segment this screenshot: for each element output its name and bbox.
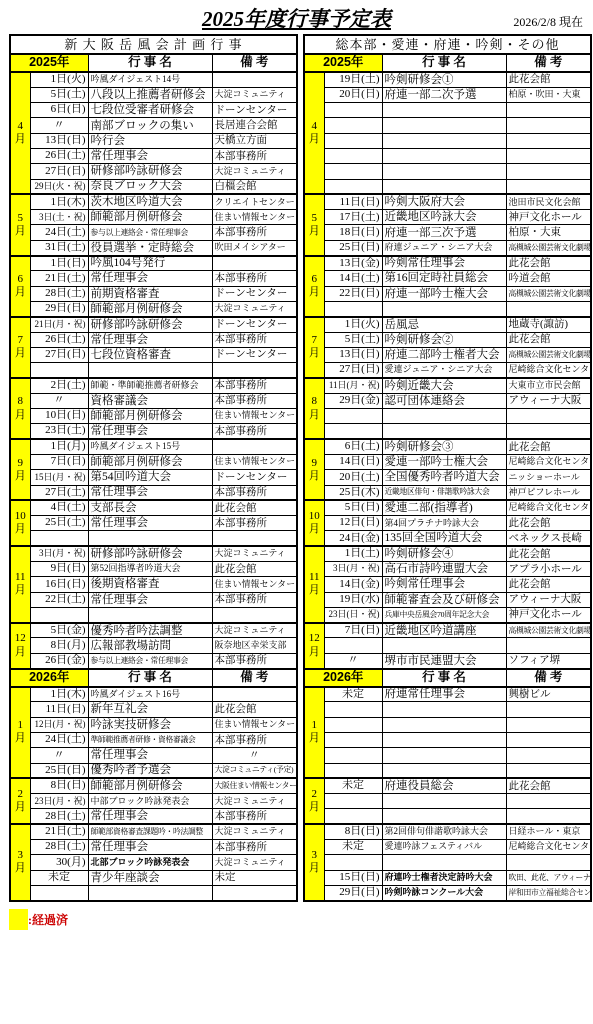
note-cell: 尼崎総合文化センター [506,840,591,855]
table-row: 17日(土)近畿地区吟詠大会神戸文化ホール [304,210,591,225]
column-header-row: 2025年行 事 名備 考 [10,54,297,72]
column-header-row: 2026年行 事 名備 考 [10,669,297,687]
note-cell [506,809,591,824]
event-cell: 広報部教場訪問 [88,638,212,653]
date-cell: 25日(日) [30,763,88,778]
date-cell: 9日(日) [30,562,88,577]
note-cell: アウィーナ大阪 [506,592,591,607]
note-cell: 阪奈地区幸栄支部 [212,638,297,653]
table-row: 15日(月・祝)第54回吟道大会ドーンセンター [10,470,297,485]
column-header-event: 行 事 名 [382,669,506,687]
note-cell: 此花会館 [506,439,591,454]
note-cell [506,794,591,809]
note-cell: 岸和田市立福祉総合センター [506,885,591,900]
date-cell: 19日(水) [324,592,382,607]
table-row [10,531,297,546]
event-cell: 研修部吟詠研修会 [88,317,212,332]
note-cell: 高槻城公園芸術文化劇場 [506,240,591,255]
date-cell: 1日(火) [30,72,88,87]
note-cell: 尼崎総合文化センター [506,454,591,469]
table-row: 24日(土)準師範推薦者研修・資格審議会本部事務所 [10,732,297,747]
left-schedule-table: 新 大 阪 岳 風 会 計 画 行 事2025年行 事 名備 考4月1日(火)吟… [9,34,298,902]
table-row: 24日(土)参与以上連絡会・常任理事会本部事務所 [10,225,297,240]
column-header-note: 備 考 [212,54,297,72]
note-cell: 住まい情報センター [212,717,297,732]
event-cell: 南部ブロックの集い [88,118,212,133]
note-cell [506,717,591,732]
date-cell [324,409,382,424]
note-cell [212,885,297,900]
note-cell: ドーンセンター [212,317,297,332]
note-cell: ドーンセンター [212,347,297,362]
date-cell: 21日(土) [30,271,88,286]
month-cell: 5月 [10,194,30,255]
event-cell: 吟剣常任理事会 [382,256,506,271]
event-cell: 優秀吟者予選会 [88,763,212,778]
table-row [304,164,591,179]
date-cell: 29日(日) [30,301,88,316]
date-cell: 未定 [324,778,382,793]
event-cell: 奈良ブロック大会 [88,179,212,194]
event-cell: 前期資格審査 [88,286,212,301]
event-cell: 府連一部吟士権大会 [382,286,506,301]
date-cell: 4日(土) [30,500,88,515]
date-cell: 1日(日) [30,256,88,271]
month-cell: 12月 [10,623,30,669]
table-row: 12月5日(金)優秀吟者吟法調整大淀コミュニティ [10,623,297,638]
note-cell: 本部事務所 [212,653,297,668]
event-cell: 吟剣研修会① [382,72,506,87]
note-cell: 本部事務所 [212,485,297,500]
table-row: 31日(土)役員選挙・定時総会吹田メイシアター [10,240,297,255]
event-cell: 全国優秀吟者吟道大会 [382,470,506,485]
table-row [304,748,591,763]
date-cell: 6日(土) [324,439,382,454]
table-row: 2月未定府連役員総会此花会館 [304,778,591,793]
event-cell: 茨木地区吟道大会 [88,194,212,209]
date-cell: 8日(日) [30,778,88,793]
event-cell: 常任理事会 [88,332,212,347]
date-cell: 20日(日) [324,87,382,102]
note-cell [506,638,591,653]
date-cell: 3日(月・祝) [324,562,382,577]
note-cell [506,702,591,717]
note-cell: 本部事務所 [212,424,297,439]
date-cell [324,148,382,163]
date-cell [324,638,382,653]
note-cell: 本部事務所 [212,732,297,747]
date-cell: 24日(土) [30,732,88,747]
event-cell: 北部ブロック吟詠発表会 [88,855,212,870]
table-row: 29日(日)吟剣吟詠コンクール大会岸和田市立福祉総合センター [304,885,591,900]
group-header: 新 大 阪 岳 風 会 計 画 行 事 [10,35,297,54]
date-cell [324,424,382,439]
month-cell: 7月 [10,317,30,378]
table-row: 10月5日(日)愛連二部(指導者)尼崎総合文化センター [304,500,591,515]
table-row [304,179,591,194]
event-cell: 常任理事会 [88,271,212,286]
table-row: 1月未定府連常任理事会興樹ビル [304,687,591,702]
date-cell: 〃 [30,393,88,408]
table-row: 3日(土・祝)師範部月例研修会住まい情報センター [10,210,297,225]
table-row [304,809,591,824]
table-row: 22日(土)常任理事会本部事務所 [10,592,297,607]
event-cell: 常任理事会 [88,809,212,824]
table-row: 28日(土)常任理事会本部事務所 [10,840,297,855]
event-cell: 常任理事会 [88,840,212,855]
date-cell: 未定 [324,840,382,855]
event-cell: 研修部吟詠研修会 [88,164,212,179]
date-cell: 〃 [30,118,88,133]
note-cell [212,531,297,546]
note-cell: 興樹ビル [506,687,591,702]
column-header-row: 2025年行 事 名備 考 [304,54,591,72]
note-cell: ドーンセンター [212,470,297,485]
table-row: 5月1日(木)茨木地区吟道大会クリエイトセンター [10,194,297,209]
date-cell: 14日(日) [324,454,382,469]
table-row: 3月8日(日)第2回俳句俳諧歌吟詠大会日経ホール・東京 [304,824,591,839]
date-cell: 1日(土) [324,546,382,561]
event-cell [382,855,506,870]
note-cell: 住まい情報センター [212,409,297,424]
event-cell: 第54回吟道大会 [88,470,212,485]
month-cell: 3月 [304,824,324,900]
event-cell: 吟剣研修会④ [382,546,506,561]
event-cell: 堺市市民連盟大会 [382,653,506,668]
table-row: 9月6日(土)吟剣研修会③此花会館 [304,439,591,454]
table-row: 28日(土)前期資格審査ドーンセンター [10,286,297,301]
date-cell [324,702,382,717]
note-cell: 日経ホール・東京 [506,824,591,839]
note-cell: 高槻城公園芸術文化劇場 [506,286,591,301]
event-cell: 優秀吟者吟法調整 [88,623,212,638]
date-cell: 18日(日) [324,225,382,240]
date-cell [324,748,382,763]
note-cell: 大淀コミュニティ [212,546,297,561]
event-cell: 第2回俳句俳諧歌吟詠大会 [382,824,506,839]
event-cell: 青少年座談会 [88,870,212,885]
date-cell [30,885,88,900]
event-cell [382,809,506,824]
table-row: 5日(土)八段以上推薦者研修会大淀コミュニティ [10,87,297,102]
table-row: 20日(土)全国優秀吟者吟道大会ニッショーホール [304,470,591,485]
table-row: 22日(日)府連一部吟士権大会高槻城公園芸術文化劇場 [304,286,591,301]
event-cell: 第16回定時社員総会 [382,271,506,286]
column-header-note: 備 考 [506,669,591,687]
month-cell: 8月 [304,378,324,439]
table-row: 25日(日)優秀吟者予選会大淀コミュニティ(予定) [10,763,297,778]
note-cell: 未定 [212,870,297,885]
table-row: 29日(火・祝)奈良ブロック大会白橿会館 [10,179,297,194]
event-cell: 135回全国吟道大会 [382,531,506,546]
note-cell [506,732,591,747]
event-cell: 兵庫中央岳風会70周年記念大会 [382,607,506,622]
event-cell: 師範審査会及び研修会 [382,592,506,607]
date-cell [30,363,88,378]
event-cell: 高石市詩吟連盟大会 [382,562,506,577]
event-cell [88,363,212,378]
event-cell [382,148,506,163]
event-cell: 中部ブロック吟詠発表会 [88,794,212,809]
date-cell: 8日(日) [324,824,382,839]
table-row: 5日(土)吟剣研修会②此花会館 [304,332,591,347]
note-cell: 尼崎総合文化センター [506,500,591,515]
note-cell: 住まい情報センター [212,454,297,469]
table-row [304,103,591,118]
date-cell: 8日(月) [30,638,88,653]
month-cell: 9月 [10,439,30,500]
date-cell: 10日(日) [30,409,88,424]
event-cell: 師範・準師範推薦者研修会 [88,378,212,393]
note-cell: 此花会館 [506,546,591,561]
event-cell [88,885,212,900]
table-row [304,301,591,316]
event-cell: 常任理事会 [88,592,212,607]
note-cell: 本部事務所 [212,148,297,163]
table-row: 13日(日)吟行会天橋立方面 [10,133,297,148]
note-cell [506,103,591,118]
table-row [304,717,591,732]
date-cell [324,179,382,194]
note-cell [506,409,591,424]
event-cell: 吟剣大阪府大会 [382,194,506,209]
month-cell: 1月 [10,687,30,779]
event-cell [88,607,212,622]
month-cell: 11月 [304,546,324,622]
note-cell: 大淀コミュニティ [212,301,297,316]
date-cell: 3日(月・祝) [30,546,88,561]
event-cell: 愛連吟詠フェスティバル [382,840,506,855]
table-row: 4月19日(土)吟剣研修会①此花会館 [304,72,591,87]
month-cell: 10月 [10,500,30,546]
table-row: 6日(日)七段位受審者研修会ドーンセンター [10,103,297,118]
date-cell: 未定 [324,687,382,702]
note-cell: 大東市立市民会館 [506,378,591,393]
note-cell [212,363,297,378]
note-cell [212,72,297,87]
date-cell: 25日(日) [324,240,382,255]
right-schedule-table: 総本部・愛連・府連・吟剣・その他2025年行 事 名備 考4月19日(土)吟剣研… [303,34,592,902]
date-cell: 26日(金) [30,653,88,668]
table-row: 29日(日)師範部月例研修会大淀コミュニティ [10,301,297,316]
note-cell: 大阪住まい情報センター [212,778,297,793]
event-cell: 役員選挙・定時総会 [88,240,212,255]
note-cell: 大淀コミュニティ [212,87,297,102]
note-cell [506,301,591,316]
note-cell [506,424,591,439]
note-cell [506,763,591,778]
note-cell [212,256,297,271]
date-cell: 21日(月・祝) [30,317,88,332]
table-row: 13日(日)府連二部吟士権者大会高槻城公園芸術文化劇場 [304,347,591,362]
table-row: 14日(日)愛連一部吟士権大会尼崎総合文化センター [304,454,591,469]
note-cell: ソフィア堺 [506,653,591,668]
note-cell: 大淀コミュニティ [212,164,297,179]
event-cell [382,763,506,778]
table-row: 27日(日)研修部吟詠研修会大淀コミュニティ [10,164,297,179]
date-cell: 23日(日・祝) [324,607,382,622]
event-cell: 準師範推薦者研修・資格審議会 [88,732,212,747]
table-row [10,607,297,622]
date-cell: 28日(土) [30,840,88,855]
date-cell [324,103,382,118]
note-cell: 本部事務所 [212,809,297,824]
event-cell: 吟剣研修会③ [382,439,506,454]
table-row: 14日(金)吟剣常任理事会此花会館 [304,577,591,592]
note-cell: 此花会館 [506,332,591,347]
date-cell [324,794,382,809]
event-cell: 研修部吟詠研修会 [88,546,212,561]
table-row: 8月2日(土)師範・準師範推薦者研修会本部事務所 [10,378,297,393]
date-cell: 27日(日) [30,347,88,362]
date-cell: 22日(土) [30,592,88,607]
event-cell: 吟行会 [88,133,212,148]
note-cell: ドーンセンター [212,286,297,301]
event-cell: 吟剣近畿大会 [382,378,506,393]
date-cell: 23日(月・祝) [30,794,88,809]
month-cell: 5月 [304,194,324,255]
note-cell [506,855,591,870]
event-cell: 吟風ダイジェスト14号 [88,72,212,87]
note-cell [506,148,591,163]
month-cell: 2月 [10,778,30,824]
date-cell: 30(月) [30,855,88,870]
date-cell [324,301,382,316]
date-cell: 5日(日) [324,500,382,515]
event-cell: 参与以上連絡会・常任理事会 [88,225,212,240]
date-cell: 11日(月・祝) [324,378,382,393]
note-cell: 神戸文化ホール [506,210,591,225]
note-cell: 住まい情報センター [212,577,297,592]
month-cell: 11月 [10,546,30,622]
note-cell [212,687,297,702]
event-cell: 師範部月例研修会 [88,301,212,316]
table-row: 〃資格審議会本部事務所 [10,393,297,408]
table-row: 3日(月・祝)高石市詩吟連盟大会アプラ小ホール [304,562,591,577]
event-cell [382,164,506,179]
month-cell: 1月 [304,687,324,779]
date-cell: 5日(土) [30,87,88,102]
note-cell: 池田市民文化会館 [506,194,591,209]
column-header-event: 行 事 名 [88,54,212,72]
event-cell: 吟風104号発行 [88,256,212,271]
column-header-event: 行 事 名 [88,669,212,687]
table-row: 10日(日)師範部月例研修会住まい情報センター [10,409,297,424]
table-row: 26日(土)常任理事会本部事務所 [10,332,297,347]
event-cell: 吟剣吟詠コンクール大会 [382,885,506,900]
note-cell: 地蔵寺(諏訪) [506,317,591,332]
table-row: 3月21日(土)師範部資格審査課題吟・吟法調整大淀コミュニティ [10,824,297,839]
note-cell: 吟道会館 [506,271,591,286]
event-cell: 吟剣常任理事会 [382,577,506,592]
note-cell: 天橋立方面 [212,133,297,148]
note-cell: 住まい情報センター [212,210,297,225]
legend-label: :経過済 [28,911,68,928]
event-cell: 常任理事会 [88,148,212,163]
note-cell: 此花会館 [506,72,591,87]
event-cell: 常任理事会 [88,516,212,531]
event-cell: 常任理事会 [88,748,212,763]
date-cell [30,607,88,622]
table-row: 9日(日)第52回指導者吟道大会此花会館 [10,562,297,577]
table-row: 6月1日(日)吟風104号発行 [10,256,297,271]
note-cell: 〃 [212,748,297,763]
note-cell: 大淀コミュニティ(予定) [212,763,297,778]
table-row [10,885,297,900]
table-row: 〃堺市市民連盟大会ソフィア堺 [304,653,591,668]
event-cell: 八段以上推薦者研修会 [88,87,212,102]
month-cell: 4月 [10,72,30,194]
event-cell: 認可団体連絡会 [382,393,506,408]
note-cell: 吹田、此花、アウィーナ大阪 [506,870,591,885]
event-cell: 常任理事会 [88,485,212,500]
event-cell [382,748,506,763]
date-cell: 13日(金) [324,256,382,271]
date-cell: 26日(土) [30,148,88,163]
month-cell: 9月 [304,439,324,500]
event-cell: 師範部月例研修会 [88,210,212,225]
note-cell: 本部事務所 [212,332,297,347]
date-cell: 6日(日) [30,103,88,118]
date-cell: 11日(日) [324,194,382,209]
date-cell: 25日(木) [324,485,382,500]
event-cell: 府連ジュニア・シニア大会 [382,240,506,255]
date-cell: 20日(土) [324,470,382,485]
table-row: 11月1日(土)吟剣研修会④此花会館 [304,546,591,561]
schedule-tables: 新 大 阪 岳 風 会 計 画 行 事2025年行 事 名備 考4月1日(火)吟… [0,34,593,902]
event-cell: 第4回プラチナ吟詠大会 [382,516,506,531]
table-row: 5月11日(日)吟剣大阪府大会池田市民文化会館 [304,194,591,209]
table-row: 2月8日(日)師範部月例研修会大阪住まい情報センター [10,778,297,793]
group-header: 総本部・愛連・府連・吟剣・その他 [304,35,591,54]
note-cell [506,164,591,179]
table-row: 30(月)北部ブロック吟詠発表会大淀コミュニティ [10,855,297,870]
date-cell: 19日(土) [324,72,382,87]
month-cell: 10月 [304,500,324,546]
table-row [304,794,591,809]
date-cell [324,809,382,824]
event-cell: 近畿地区俳句・俳諧歌吟詠大会 [382,485,506,500]
table-row: 27日(土)常任理事会本部事務所 [10,485,297,500]
note-cell: ニッショーホール [506,470,591,485]
event-cell [382,409,506,424]
note-cell [506,179,591,194]
note-cell: 此花会館 [506,516,591,531]
note-cell: 高槻城公園芸術文化劇場 [506,347,591,362]
event-cell: 第52回指導者吟道大会 [88,562,212,577]
note-cell: 本部事務所 [212,378,297,393]
date-cell: 12日(月・祝) [30,717,88,732]
table-row: 6月13日(金)吟剣常任理事会此花会館 [304,256,591,271]
table-row [304,409,591,424]
date-cell [324,133,382,148]
note-cell: 大淀コミュニティ [212,794,297,809]
note-cell: 本部事務所 [212,271,297,286]
table-row [304,424,591,439]
table-row: 28日(土)常任理事会本部事務所 [10,809,297,824]
date-cell: 1日(木) [30,194,88,209]
date-cell: 1日(月) [30,439,88,454]
note-cell: ベネックス長崎 [506,531,591,546]
event-cell: 吟詠実技研修会 [88,717,212,732]
event-cell: 七段位受審者研修会 [88,103,212,118]
date-cell [324,717,382,732]
event-cell [382,424,506,439]
date-cell: 27日(日) [324,363,382,378]
note-cell: 柏原・大東 [506,225,591,240]
event-cell: 師範部月例研修会 [88,409,212,424]
month-cell: 7月 [304,317,324,378]
